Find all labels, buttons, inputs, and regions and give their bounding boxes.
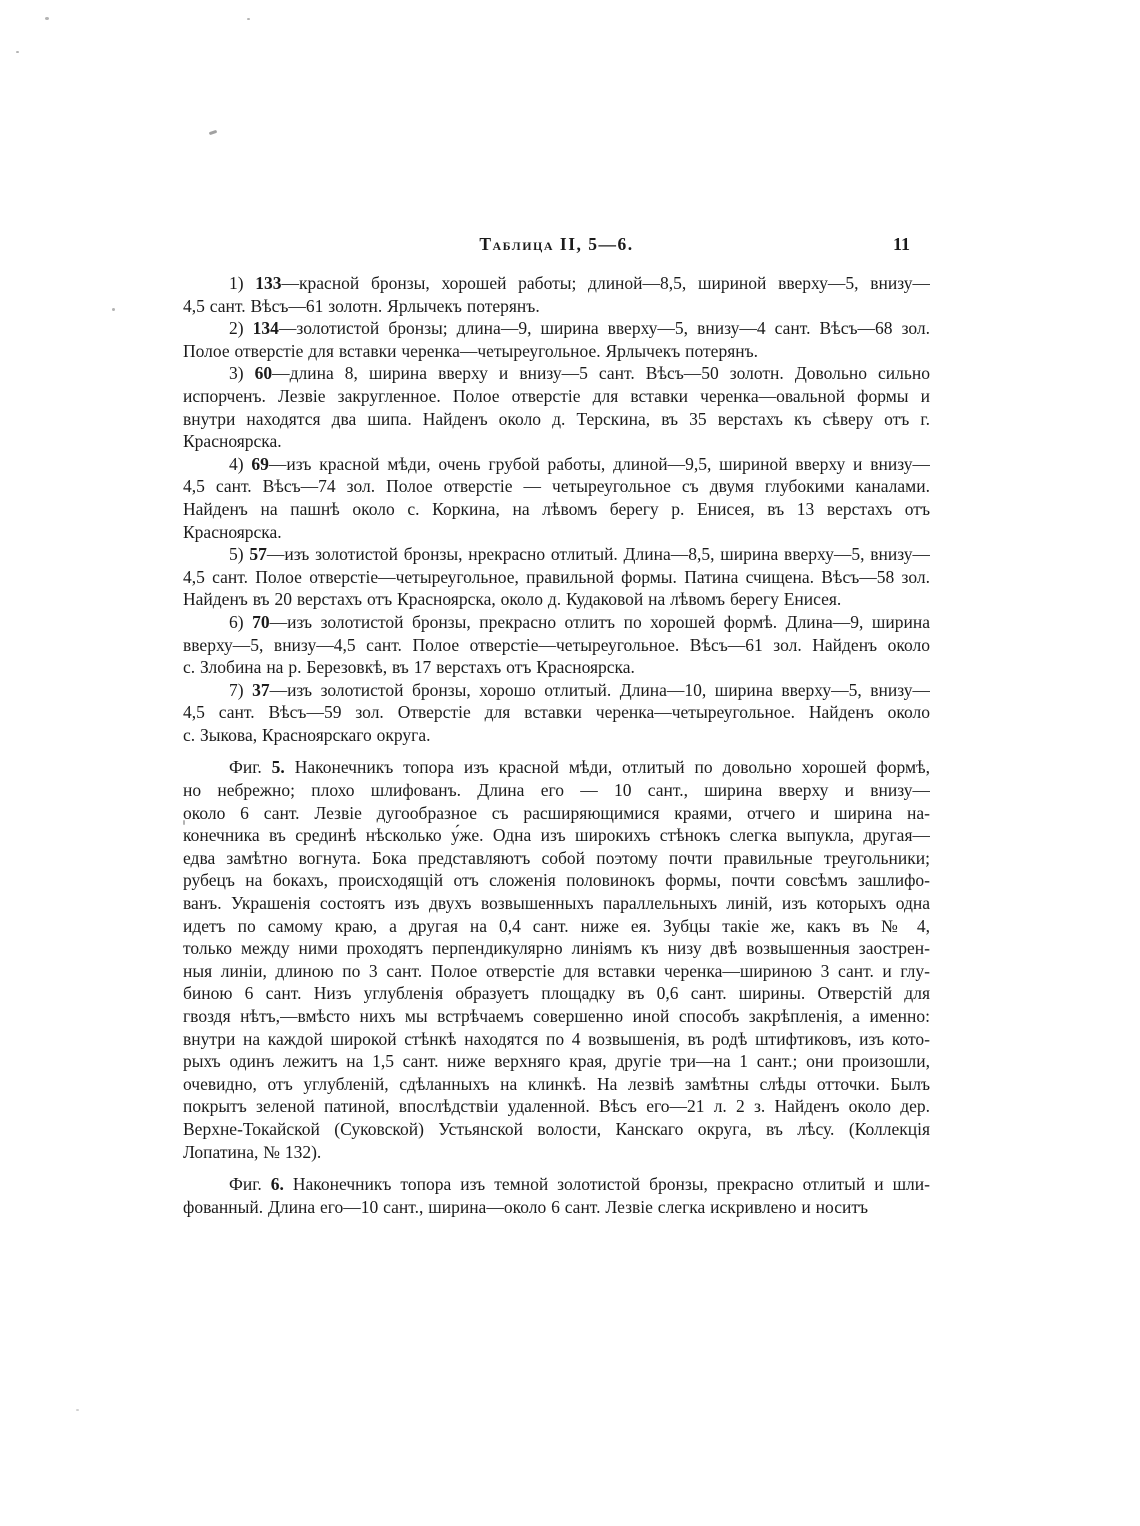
text-line: ныя линіи, длиною по 3 сант. Полое отвер…	[183, 960, 930, 983]
text-line: с. Злобина на р. Березовкѣ, въ 17 верста…	[183, 656, 930, 679]
scan-speck	[247, 18, 250, 20]
text-line: покрытъ зеленой патиной, впослѣдствіи уд…	[183, 1095, 930, 1118]
scan-speck	[45, 17, 49, 20]
bold-number: 57	[249, 544, 267, 564]
text-line: идетъ по самому краю, а другая на 0,4 са…	[183, 915, 930, 938]
scanned-page: Таблица II, 5—6. 11 1) 133—красной бронз…	[0, 0, 1140, 1526]
text-line: около 6 сант. Лезвіе дугообразное съ рас…	[183, 802, 930, 825]
bold-number: 6.	[271, 1174, 284, 1194]
text-line: 5) 57—изъ золотистой бронзы, нрекрасно о…	[183, 543, 930, 566]
text-line: рыхъ одинъ лежитъ на 1,5 сант. ниже верх…	[183, 1050, 930, 1073]
bold-number: 134	[253, 318, 279, 338]
text-line: 4,5 сант. Вѣсъ—59 зол. Отверстіе для вст…	[183, 701, 930, 724]
text-line: 7) 37—изъ золотистой бронзы, хорошо отли…	[183, 679, 930, 702]
text-line: Фиг. 5. Наконечникъ топора изъ красной м…	[183, 756, 930, 779]
text-block: Таблица II, 5—6. 11 1) 133—красной бронз…	[183, 233, 930, 1218]
text-line: Найденъ въ 20 верстахъ отъ Красноярска, …	[183, 588, 930, 611]
page-number: 11	[893, 233, 910, 256]
paragraphs-container: 1) 133—красной бронзы, хорошей работы; д…	[183, 272, 930, 1218]
text-line: 4,5 сант. Вѣсъ—61 золотн. Ярлычекъ потер…	[183, 295, 930, 318]
text-line: внутри на каждой широкой стѣнкѣ находятс…	[183, 1028, 930, 1051]
paragraph-item-5: 5) 57—изъ золотистой бронзы, нрекрасно о…	[183, 543, 930, 611]
text-line: только между ними проходятъ перпендикуля…	[183, 937, 930, 960]
text-line: Лопатина, № 132).	[183, 1141, 930, 1164]
text-line: 4) 69—изъ красной мѣди, очень грубой раб…	[183, 453, 930, 476]
text-line: Полое отверстіе для вставки черенка—четы…	[183, 340, 930, 363]
scan-speck	[209, 130, 218, 135]
bold-number: 70	[252, 612, 270, 632]
text-line: испорченъ. Лезвіе закругленное. Полое от…	[183, 385, 930, 408]
paragraph-item-3: 3) 60—длина 8, ширина вверху и внизу—5 с…	[183, 362, 930, 452]
paragraph-item-2: 2) 134—золотистой бронзы; длина—9, ширин…	[183, 317, 930, 362]
text-line: с. Зыкова, Красноярскаго округа.	[183, 724, 930, 747]
text-line: биною 6 сант. Низъ углубленія образуетъ …	[183, 982, 930, 1005]
paragraph-item-6: 6) 70—изъ золотистой бронзы, прекрасно о…	[183, 611, 930, 679]
bold-number: 5.	[272, 757, 285, 777]
paragraph-fig-5: Фиг. 5. Наконечникъ топора изъ красной м…	[183, 756, 930, 1163]
text-line: Красноярска.	[183, 521, 930, 544]
text-line: 4,5 сант. Полое отверстіе—четыреугольное…	[183, 566, 930, 589]
page-header: Таблица II, 5—6. 11	[183, 233, 930, 256]
text-line: но небрежно; плохо шлифованъ. Длина его …	[183, 779, 930, 802]
paragraph-item-1: 1) 133—красной бронзы, хорошей работы; д…	[183, 272, 930, 317]
text-line: рубецъ на бокахъ, происходящій отъ сложе…	[183, 869, 930, 892]
text-line: Найденъ на пашнѣ около с. Коркина, на лѣ…	[183, 498, 930, 521]
text-line: 6) 70—изъ золотистой бронзы, прекрасно о…	[183, 611, 930, 634]
bold-number: 60	[255, 363, 273, 383]
text-line: Красноярска.	[183, 430, 930, 453]
text-line: 1) 133—красной бронзы, хорошей работы; д…	[183, 272, 930, 295]
text-line: едва замѣтно вогнута. Бока представляютъ…	[183, 847, 930, 870]
text-line: конечника въ срединѣ нѣсколько у́же. Одн…	[183, 824, 930, 847]
bold-number: 69	[251, 454, 269, 474]
paragraph-fig-6: Фиг. 6. Наконечникъ топора изъ темной зо…	[183, 1173, 930, 1218]
scan-speck	[76, 1409, 79, 1411]
text-line: гвоздя нѣтъ,—вмѣсто нихъ мы встрѣчаемъ с…	[183, 1005, 930, 1028]
text-line: 2) 134—золотистой бронзы; длина—9, ширин…	[183, 317, 930, 340]
text-line: очевидно, отъ углубленій, сдѣланныхъ на …	[183, 1073, 930, 1096]
text-line: 4,5 сант. Вѣсъ—74 зол. Полое отверстіе —…	[183, 475, 930, 498]
page-title: Таблица II, 5—6.	[183, 233, 930, 256]
bold-number: 133	[255, 273, 281, 293]
text-line: Фиг. 6. Наконечникъ топора изъ темной зо…	[183, 1173, 930, 1196]
scan-speck	[112, 308, 115, 311]
text-line: внутри находятся два шипа. Найденъ около…	[183, 408, 930, 431]
scan-speck	[16, 51, 19, 53]
text-line: вверху—5, внизу—4,5 сант. Полое отверсті…	[183, 634, 930, 657]
text-line: фованный. Длина его—10 сант., ширина—око…	[183, 1196, 930, 1219]
text-line: Верхне-Токайской (Суковской) Устьянской …	[183, 1118, 930, 1141]
bold-number: 37	[252, 680, 270, 700]
text-line: 3) 60—длина 8, ширина вверху и внизу—5 с…	[183, 362, 930, 385]
text-line: ванъ. Украшенія состоятъ изъ двухъ возвы…	[183, 892, 930, 915]
paragraph-item-7: 7) 37—изъ золотистой бронзы, хорошо отли…	[183, 679, 930, 747]
paragraph-item-4: 4) 69—изъ красной мѣди, очень грубой раб…	[183, 453, 930, 543]
